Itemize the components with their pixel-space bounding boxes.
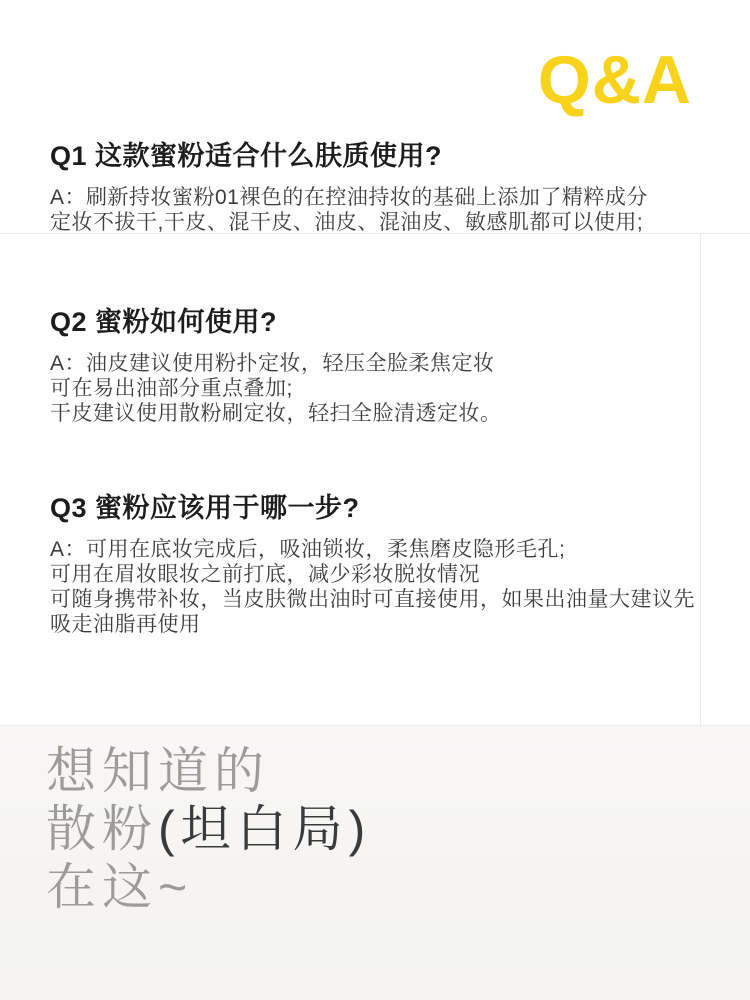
- qa-page: Q&A Q1 这款蜜粉适合什么肤质使用? A：刷新持妆蜜粉01裸色的在控油持妆的…: [0, 0, 750, 1000]
- answer-1-line-1: A：刷新持妆蜜粉01裸色的在控油持妆的基础上添加了精粹成分: [50, 185, 702, 210]
- answer-2-line-2: 可在易出油部分重点叠加;: [50, 376, 702, 401]
- question-2-heading: Q2 蜜粉如何使用?: [50, 306, 702, 338]
- slogan-line-2-dark: (坦白局): [158, 801, 371, 857]
- slogan-line-3: 在这~: [46, 858, 371, 916]
- answer-3-line-3: 可随身携带补妆，当皮肤微出油时可直接使用，如果出油量大建议先: [50, 587, 702, 612]
- answer-2-line-1: A：油皮建议使用粉扑定妆，轻压全脸柔焦定妆: [50, 351, 702, 376]
- answer-3: A：可用在底妆完成后，吸油锁妆，柔焦磨皮隐形毛孔; 可用在眉妆眼妆之前打底，减少…: [50, 537, 702, 637]
- answer-3-line-4: 吸走油脂再使用: [50, 612, 702, 637]
- answer-3-line-2: 可用在眉妆眼妆之前打底，减少彩妆脱妆情况: [50, 562, 702, 587]
- answer-1: A：刷新持妆蜜粉01裸色的在控油持妆的基础上添加了精粹成分 定妆不拔干,干皮、混…: [50, 185, 702, 235]
- footer-slogan: 想知道的 散粉(坦白局) 在这~: [46, 742, 371, 916]
- qa-logo: Q&A: [538, 46, 692, 114]
- question-1-heading: Q1 这款蜜粉适合什么肤质使用?: [50, 140, 702, 172]
- qa-section-1: Q1 这款蜜粉适合什么肤质使用? A：刷新持妆蜜粉01裸色的在控油持妆的基础上添…: [50, 140, 702, 235]
- answer-3-line-1: A：可用在底妆完成后，吸油锁妆，柔焦磨皮隐形毛孔;: [50, 537, 702, 562]
- slogan-line-2: 散粉(坦白局): [46, 800, 371, 858]
- qa-section-2: Q2 蜜粉如何使用? A：油皮建议使用粉扑定妆，轻压全脸柔焦定妆 可在易出油部分…: [50, 306, 702, 426]
- answer-2: A：油皮建议使用粉扑定妆，轻压全脸柔焦定妆 可在易出油部分重点叠加; 干皮建议使…: [50, 351, 702, 426]
- section-divider-top: [0, 233, 750, 234]
- slogan-line-1: 想知道的: [46, 742, 371, 800]
- footer-banner: 想知道的 散粉(坦白局) 在这~: [0, 726, 750, 1000]
- answer-1-line-2: 定妆不拔干,干皮、混干皮、油皮、混油皮、敏感肌都可以使用;: [50, 210, 702, 235]
- qa-section-3: Q3 蜜粉应该用于哪一步? A：可用在底妆完成后，吸油锁妆，柔焦磨皮隐形毛孔; …: [50, 492, 702, 637]
- slogan-line-2-gray: 散粉: [46, 801, 158, 857]
- answer-2-line-3: 干皮建议使用散粉刷定妆，轻扫全脸清透定妆。: [50, 401, 702, 426]
- question-3-heading: Q3 蜜粉应该用于哪一步?: [50, 492, 702, 524]
